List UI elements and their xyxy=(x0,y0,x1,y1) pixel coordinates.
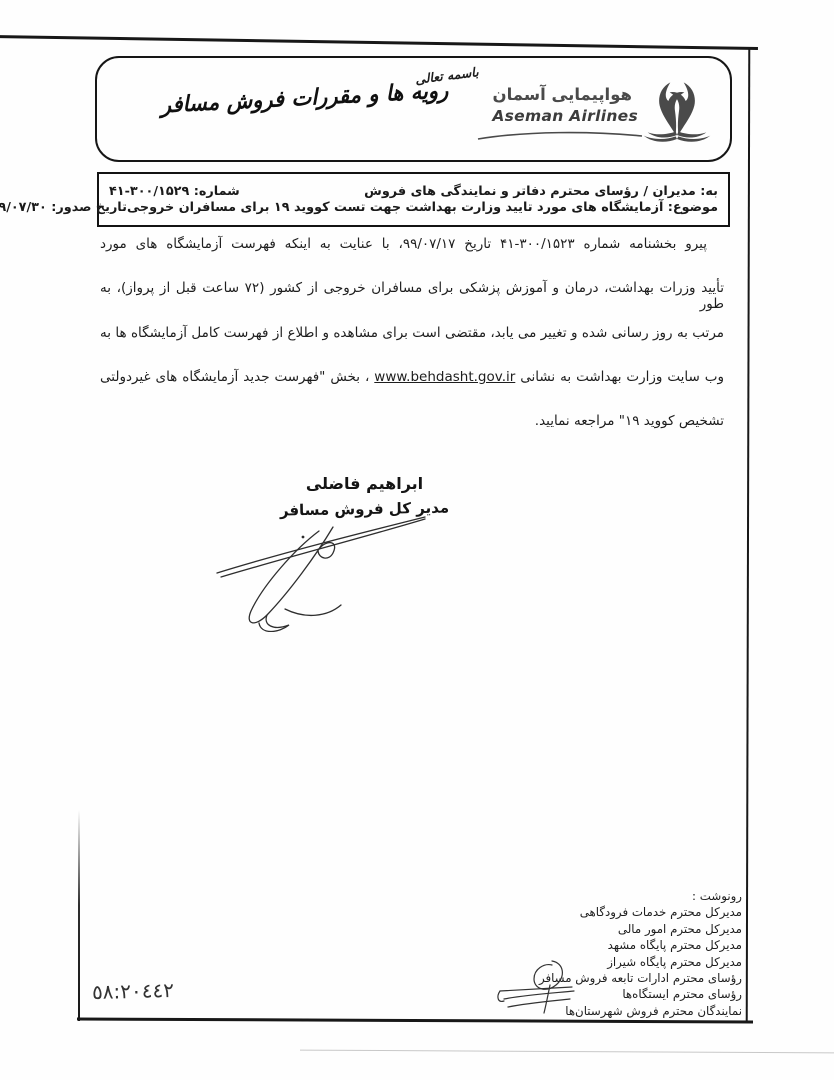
cc-item: مدیرکل محترم خدمات فرودگاهی xyxy=(539,904,742,920)
subject-line: موضوع: آزمایشگاه های مورد تایید وزارت به… xyxy=(127,200,718,215)
scan-artifact-line xyxy=(300,1050,834,1054)
scan-frame-top-line xyxy=(0,35,758,50)
body-text: پیرو بخشنامه شماره xyxy=(575,236,707,252)
handwritten-signature-scribble-icon xyxy=(215,497,430,636)
signer-name: ابراهیم فاضلی xyxy=(272,474,457,493)
to-line: به: مدیران / رؤسای محترم دفاتر و نمایندگ… xyxy=(364,184,718,199)
number-value: ۴۱-۳۰۰/۱۵۲۹ xyxy=(109,184,189,199)
airline-name-persian: هواپیمایی آسمان xyxy=(493,85,633,104)
issue-date-label: تاریخ صدور: xyxy=(51,200,127,215)
number-line: شماره: ۴۱-۳۰۰/۱۵۲۹ xyxy=(109,184,240,199)
logo-swoosh-icon xyxy=(476,126,644,145)
cc-heading: رونوشت : xyxy=(539,888,742,904)
scan-frame-left-line xyxy=(78,810,80,1021)
meta-row-to-number: به: مدیران / رؤسای محترم دفاتر و نمایندگ… xyxy=(109,184,718,199)
body-text: تأیید وزرات بهداشت، درمان و آموزش پزشکی … xyxy=(100,280,724,312)
body-line: پیرو بخشنامه شماره ۴۱-۳۰۰/۱۵۲۳ تاریخ ۹۹/… xyxy=(100,236,724,280)
issue-date-line: تاریخ صدور: ۹۹/۰۷/۳۰ xyxy=(0,200,127,215)
scanned-letter-page: باسمه تعالی رویه ها و مقررات فروش مسافر … xyxy=(0,0,834,1080)
body-line: وب سایت وزارت بهداشت به نشانی www.behdas… xyxy=(100,369,724,413)
airline-name-latin: Aseman Airlines xyxy=(492,107,638,125)
body-text: ، بخش "فهرست جدید آزمایشگاه های غیردولتی xyxy=(100,369,374,385)
body-text: مرتب به روز رسانی شده و تغییر می یابد، م… xyxy=(100,325,724,341)
body-text: وب سایت وزارت بهداشت به نشانی xyxy=(515,369,724,385)
body-text: ، با عنایت به اینکه فهرست آزمایشگاه های … xyxy=(100,236,403,252)
body-line: مرتب به روز رسانی شده و تغییر می یابد، م… xyxy=(100,325,724,369)
scan-frame-right-line xyxy=(746,48,751,1023)
handwritten-archive-number: ٥٨:٢٠٤٤٢ xyxy=(92,978,175,1004)
inline-number: ۴۱-۳۰۰/۱۵۲۳ xyxy=(500,236,575,252)
body-line: تأیید وزرات بهداشت، درمان و آموزش پزشکی … xyxy=(100,280,724,324)
issue-date-value: ۹۹/۰۷/۳۰ xyxy=(0,200,47,215)
body-line: تشخیص کووید ۱۹" مراجعه نمایید. xyxy=(100,413,724,457)
cc-item: مدیرکل محترم پایگاه مشهد xyxy=(539,937,742,953)
aseman-wings-emblem-icon xyxy=(637,69,717,157)
letterhead-calligraphy-title: رویه ها و مقررات فروش مسافر xyxy=(115,76,495,121)
handwritten-paraph-scribble-icon xyxy=(494,957,579,1023)
number-label: شماره: xyxy=(194,184,240,199)
letterhead-box: باسمه تعالی رویه ها و مقررات فروش مسافر … xyxy=(95,56,732,162)
body-text: تاریخ xyxy=(455,236,500,252)
behdasht-url[interactable]: www.behdasht.gov.ir xyxy=(374,369,515,385)
body-text: تشخیص کووید ۱۹" مراجعه نمایید. xyxy=(535,413,724,429)
meta-row-subject-date: موضوع: آزمایشگاه های مورد تایید وزارت به… xyxy=(109,200,718,215)
cc-item: مدیرکل محترم امور مالی xyxy=(539,921,742,937)
letter-body: پیرو بخشنامه شماره ۴۱-۳۰۰/۱۵۲۳ تاریخ ۹۹/… xyxy=(100,236,724,457)
inline-number: ۹۹/۰۷/۱۷ xyxy=(403,236,456,252)
letter-meta-bar: به: مدیران / رؤسای محترم دفاتر و نمایندگ… xyxy=(97,172,730,227)
